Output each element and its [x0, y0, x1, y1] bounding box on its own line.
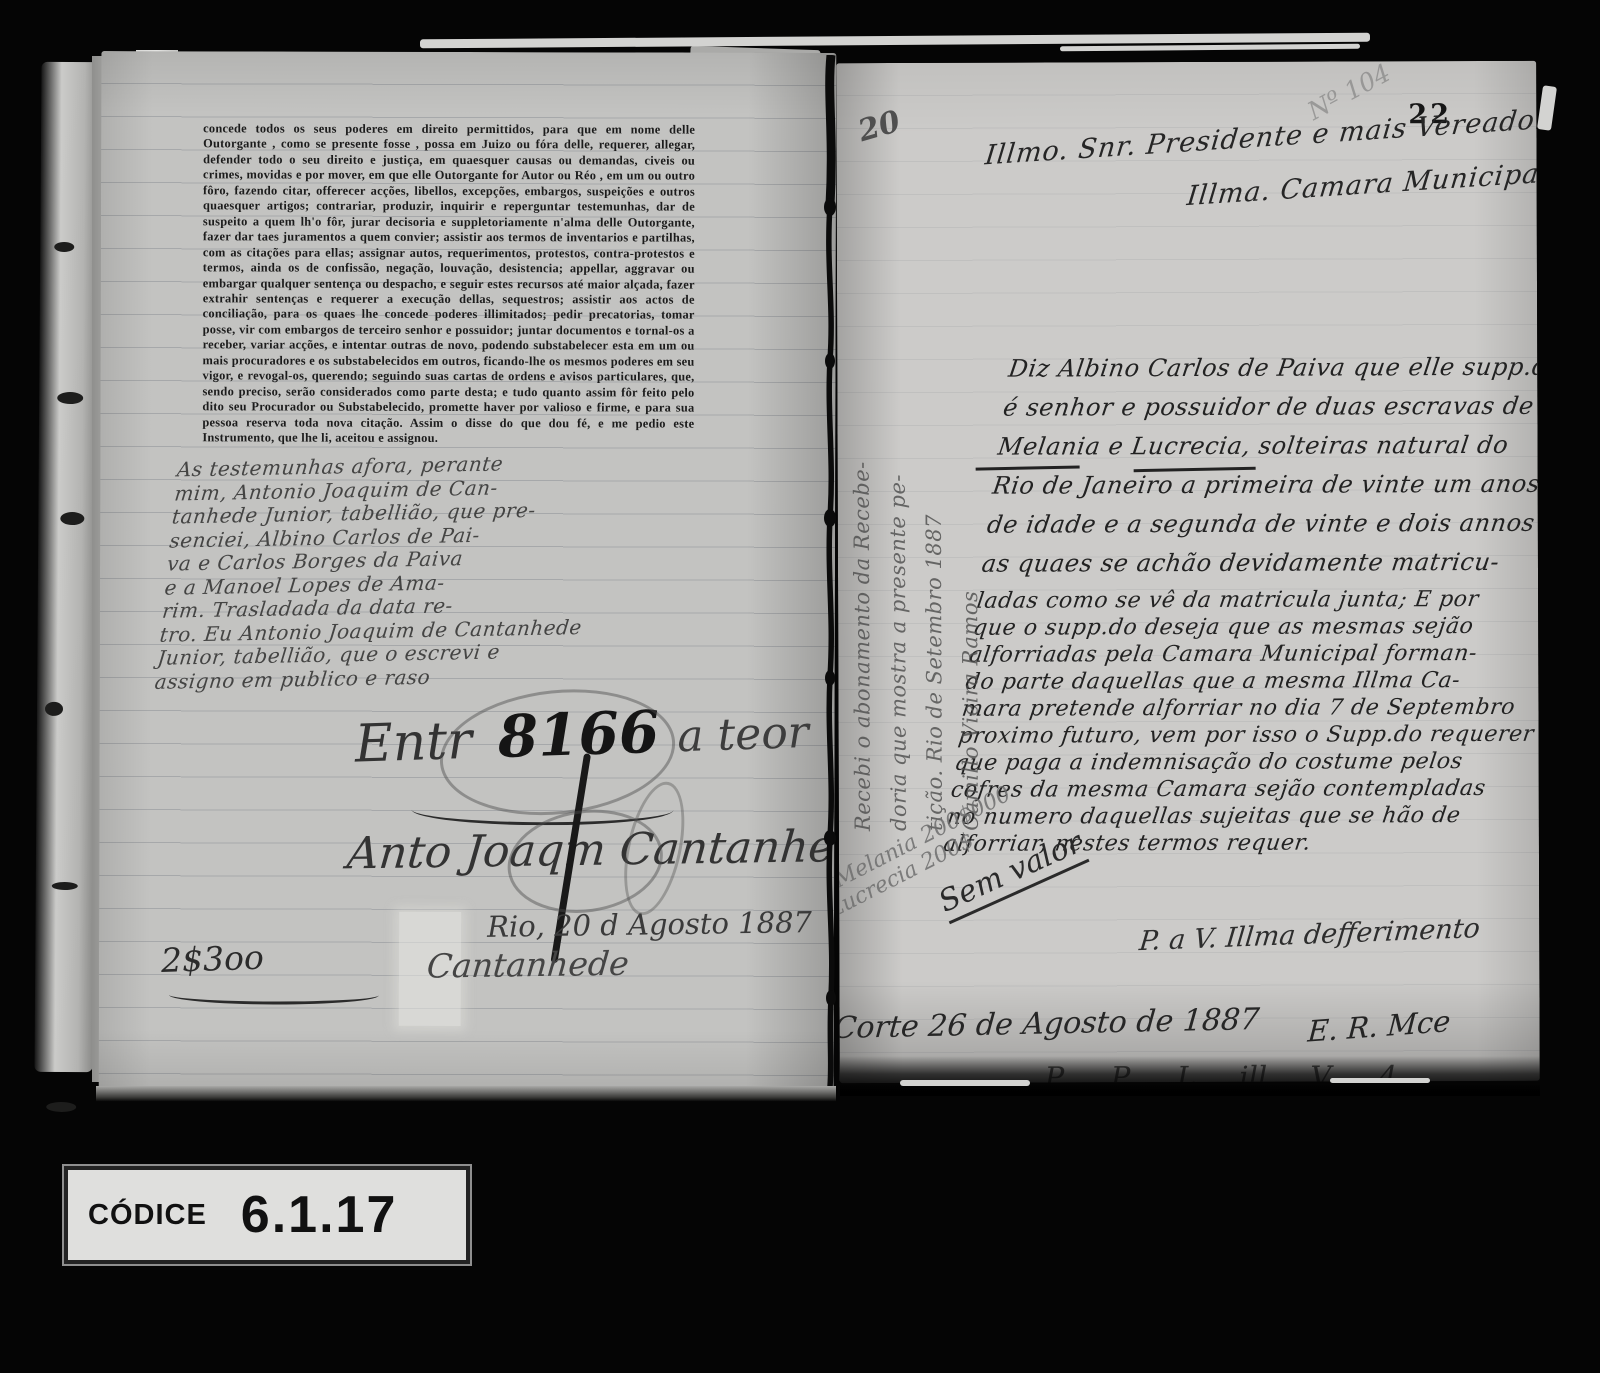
body-line: proximo futuro, vem por isso o Supp.do r…: [956, 722, 1539, 751]
ink-underline-flourish: [169, 985, 379, 1005]
body-line: ladas como se vê da matricula junta; E p…: [975, 587, 1540, 616]
body-line: no numero daquellas sujeitas que se hão …: [945, 803, 1539, 832]
book-page-edges-outer: [34, 62, 99, 1072]
body-line: cofres da mesma Camara sejão contemplada…: [949, 776, 1540, 805]
petition-body: Diz Albino Carlos de Paiva que elle supp…: [942, 352, 1540, 858]
body-line: de idade e a segunda de vinte e dois ann…: [984, 509, 1540, 550]
left-page-bottom-stack: [96, 1086, 836, 1102]
body-line: que o supp.do deseja que as mesmas sejão: [971, 614, 1540, 643]
body-line: é senhor e possuidor de duas escravas de…: [1000, 391, 1540, 432]
page-sliver-bottom2: [1330, 1078, 1430, 1083]
notary-handwritten-block: As testemunhas afora, perante mim, Anton…: [154, 450, 601, 693]
codice-word: CÓDICE: [88, 1199, 207, 1232]
ink-mark: [52, 882, 78, 890]
ink-mark: [60, 512, 84, 525]
body-line: do parte daquellas que a mesma Illma Ca-: [964, 668, 1540, 697]
ink-mark: [57, 392, 83, 404]
erm-closing: E. R. Mce: [1307, 1004, 1452, 1049]
date-line: Rio, 20 d Agosto 1887: [487, 905, 812, 944]
margin-note-line: doria que mostra a presente pe-: [885, 351, 923, 831]
pencil-folio-number: 20: [854, 104, 904, 149]
fee-amount: 2$3oo: [160, 938, 264, 980]
body-line: alforriadas pela Camara Municipal forman…: [967, 641, 1539, 670]
left-page: concede todos os seus poderes em direito…: [99, 51, 837, 1093]
ink-mark: [45, 702, 63, 716]
body-line: Rio de Janeiro a primeira de vinte um an…: [989, 470, 1540, 511]
petition-header-line2: Illma. Camara Municipal: [1185, 158, 1539, 213]
codice-number: 6.1.17: [241, 1185, 398, 1245]
margin-note-line: Recebi o abonamento da Recebe-: [849, 351, 887, 831]
right-page: 20 Nº 104 22 Illmo. Snr. Presidente e ma…: [836, 61, 1540, 1083]
deferment-line: P. a V. Illma defferimento: [1138, 913, 1482, 957]
page-sliver-bottom: [900, 1080, 1030, 1086]
body-line: Diz Albino Carlos de Paiva que elle supp…: [1005, 352, 1539, 393]
ink-mark: [46, 1102, 76, 1112]
codice-label: CÓDICE 6.1.17: [64, 1166, 470, 1264]
page-sliver-top2: [1060, 44, 1360, 52]
body-line: mara pretende alforriar no dia 7 de Sept…: [960, 695, 1540, 724]
petition-header-line1: Illmo. Snr. Presidente e mais Vereadores…: [983, 99, 1539, 172]
right-page-bottom-shadow: [840, 1056, 1540, 1096]
ink-mark: [54, 242, 74, 252]
archival-photo: concede todos os seus poderes em direito…: [0, 0, 1600, 1373]
page-sliver-right: [1537, 85, 1557, 131]
margin-note-line: Camillo Vieira Ramos: [957, 351, 995, 831]
receipt-margin-note: Recebi o abonamento da Recebe- doria que…: [849, 351, 995, 831]
petition-date-line: Corte 26 de Agosto de 1887: [836, 1002, 1261, 1046]
registry-word: a teor: [677, 707, 810, 762]
printed-procuracao-text: concede todos os seus poderes em direito…: [202, 121, 695, 447]
body-line: as quaes se achão devidamente matricu-: [979, 548, 1540, 589]
margin-note-line: tição. Rio de Setembro 1887: [921, 351, 959, 831]
notary-signature-short: Cantanhede: [425, 944, 630, 986]
body-line: que paga a indemnisação do costume pelos: [953, 749, 1540, 778]
